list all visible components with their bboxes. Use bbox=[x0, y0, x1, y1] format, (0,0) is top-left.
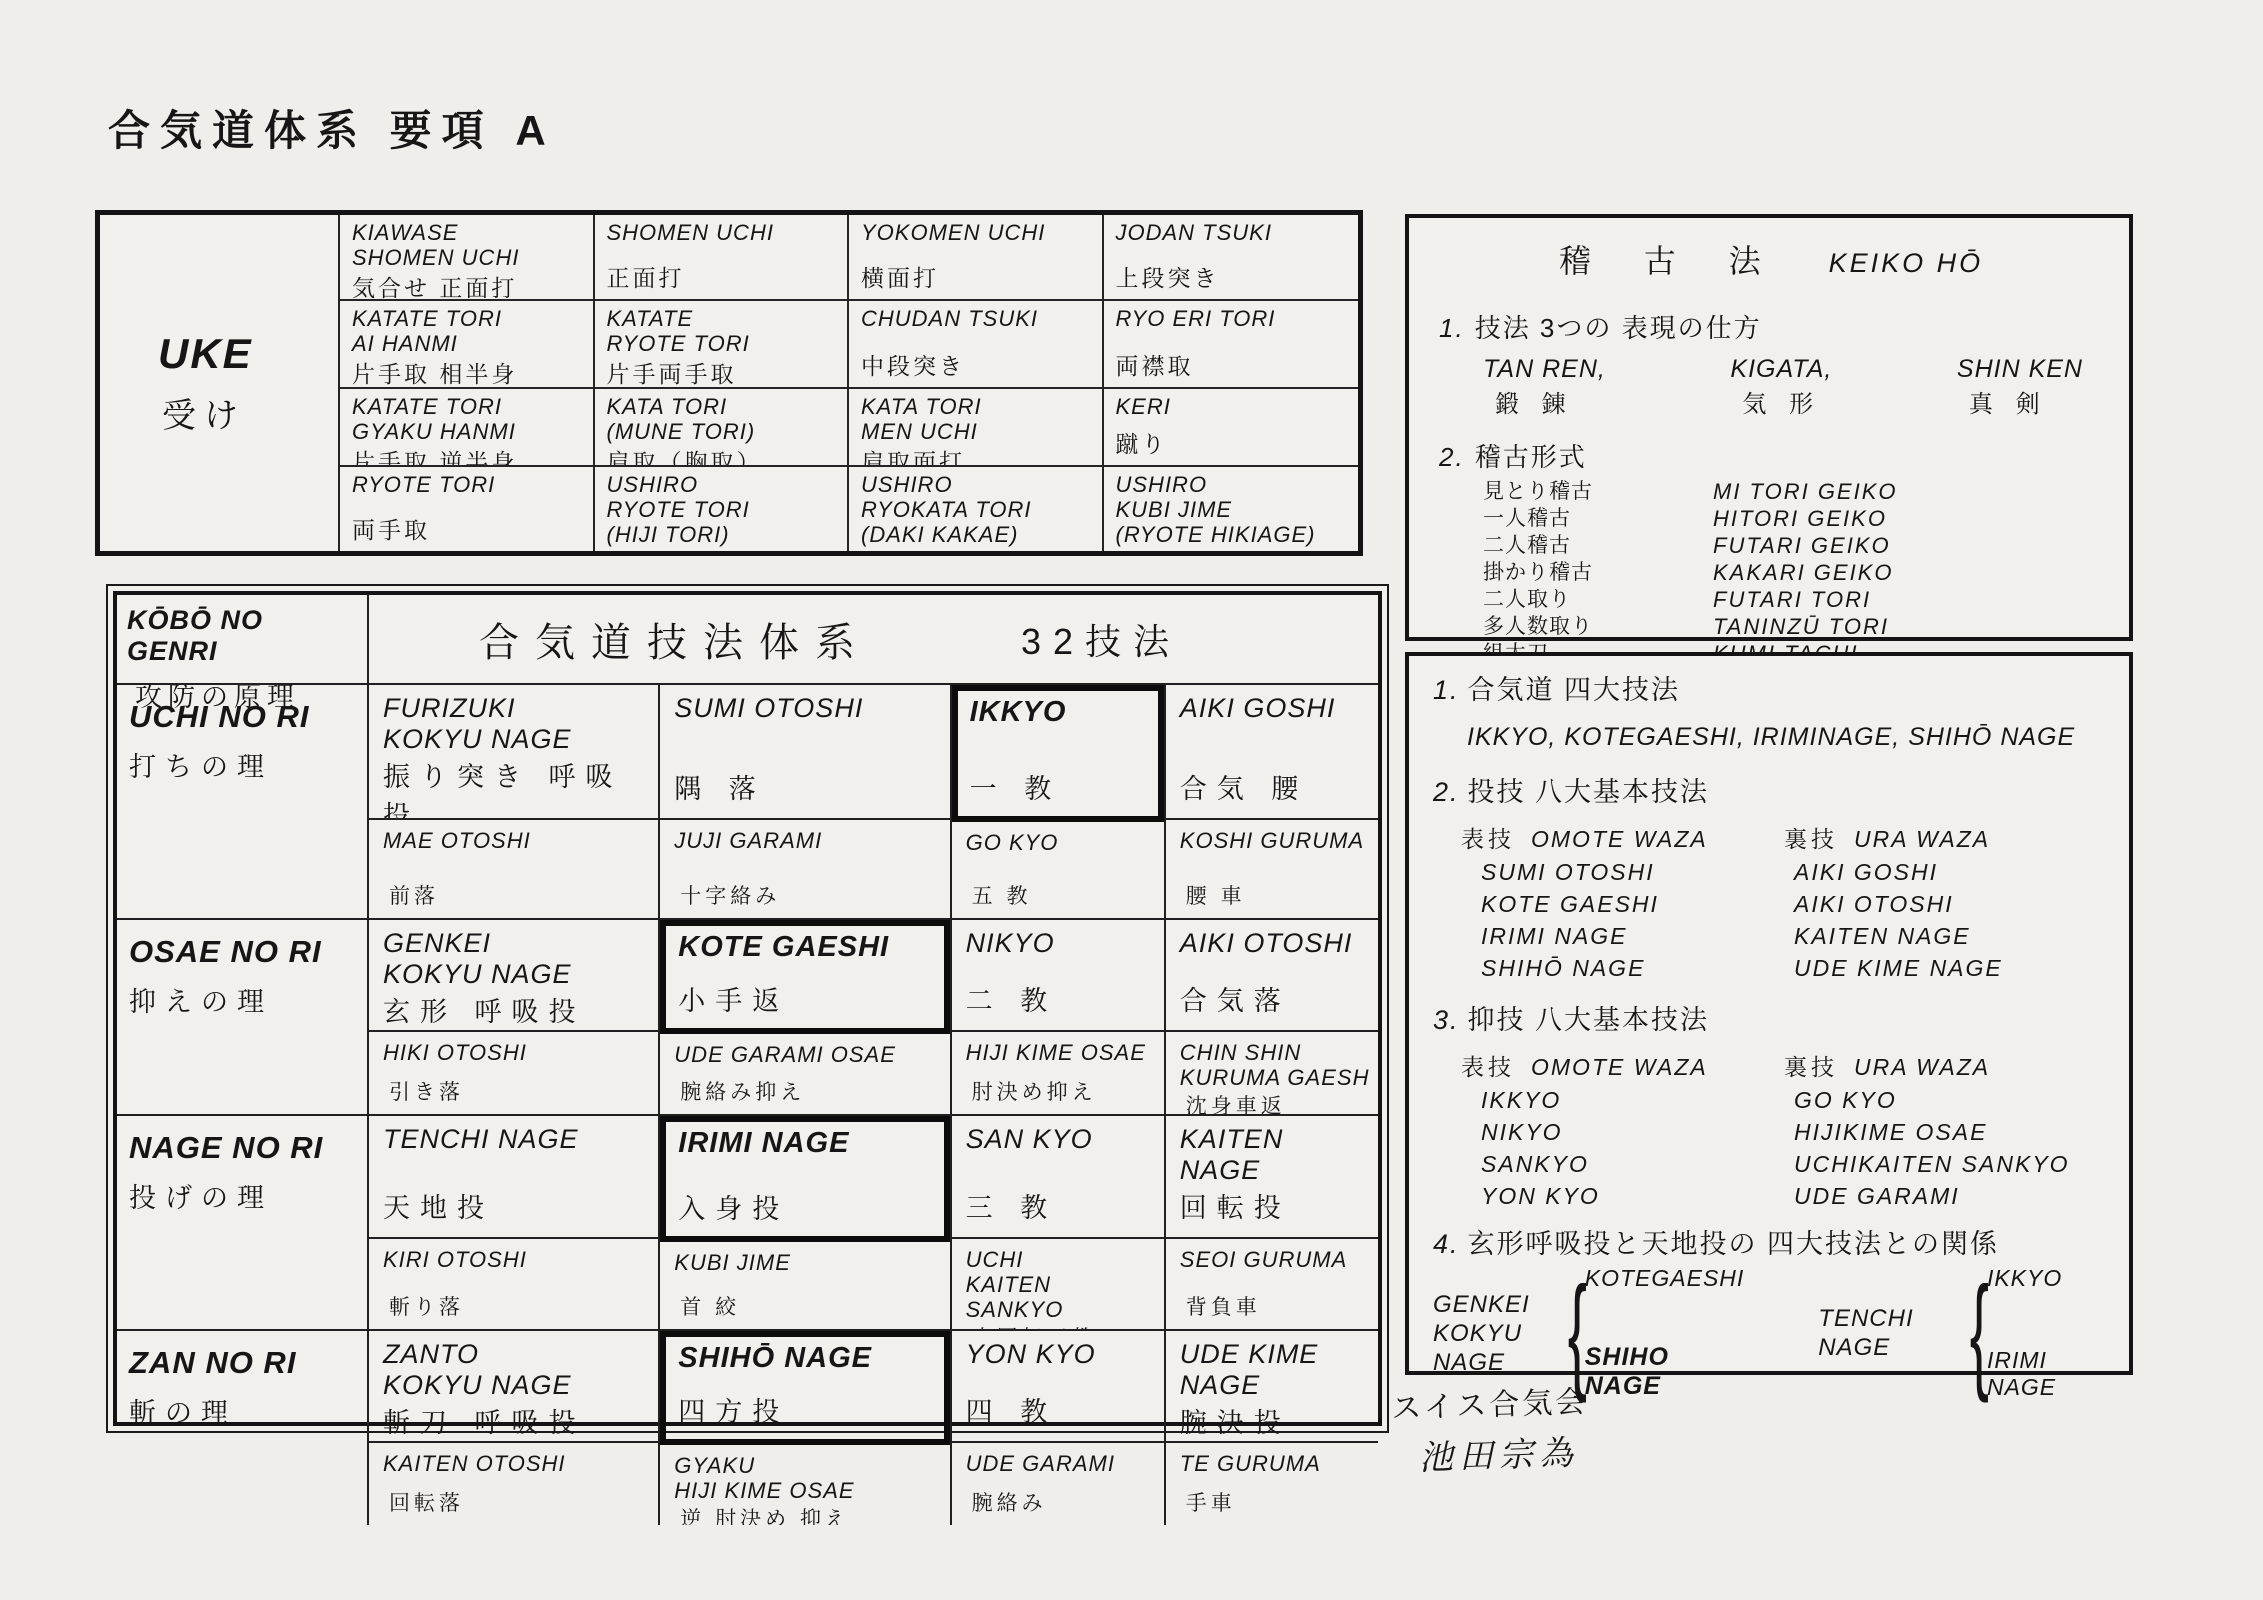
technique-jp: 沈身車返 bbox=[1180, 1090, 1370, 1114]
practice-jp: 見とり稽古 bbox=[1483, 478, 1713, 505]
waza-cell-r2c3: KAITEN NAGE回転投 SEOI GURUMA背負車 bbox=[1164, 1114, 1378, 1329]
waza-cell-r1c1: KOTE GAESHI小手返 UDE GARAMI OSAE腕絡み抑え bbox=[658, 918, 949, 1114]
principle-jp: 抑えの理 bbox=[129, 980, 363, 1019]
technique-jp: 十字絡み bbox=[674, 880, 941, 912]
omote-item: YON KYO bbox=[1481, 1180, 1794, 1212]
omote-item: SHIHŌ NAGE bbox=[1481, 952, 1794, 984]
omote-item: KOTE GAESHI bbox=[1481, 888, 1794, 920]
omote-item: IKKYO bbox=[1481, 1084, 1794, 1116]
waza-cell-r3c2: YON KYO四 教 UDE GARAMI腕絡み bbox=[950, 1329, 1164, 1525]
term-jp: 気 形 bbox=[1730, 384, 1832, 419]
technique-roman: SHIHŌ NAGE bbox=[678, 1343, 937, 1374]
uke-cell-r3c3: USHIRO KUBI JIME (RYOTE HIKIAGE)後首絞（両手引き… bbox=[1104, 467, 1359, 551]
signature-name: 池田宗為 bbox=[1418, 1425, 1591, 1480]
technique-cell: GENKEI KOKYU NAGE玄形 呼吸投 bbox=[369, 920, 658, 1032]
waza-header-count: 32技法 bbox=[1021, 614, 1181, 665]
ura-item: UDE KIME NAGE bbox=[1794, 952, 2107, 984]
group-label: TENCHI NAGE bbox=[1818, 1304, 1972, 1362]
group-items: KOTEGAESHI SHIHO NAGE bbox=[1585, 1263, 1745, 1403]
omote-jp: 表技 bbox=[1461, 826, 1515, 852]
attack-jp: 片手両手取 bbox=[607, 356, 838, 389]
technique-cell: SAN KYO三 教 bbox=[952, 1116, 1164, 1239]
item-number: 4. bbox=[1433, 1229, 1460, 1259]
technique-roman: UDE GARAMI bbox=[966, 1451, 1156, 1476]
practice-roman: MI TORI GEIKO bbox=[1713, 478, 2103, 505]
principle-uchi-no-ri: UCHI NO RI 打ちの理 bbox=[117, 683, 367, 918]
technique-roman: KOSHI GURUMA bbox=[1180, 828, 1370, 853]
attack-roman: KATA TORI (MUNE TORI) bbox=[607, 394, 838, 444]
attack-roman: KIAWASE SHOMEN UCHI bbox=[352, 220, 583, 270]
technique-roman: TE GURUMA bbox=[1180, 1451, 1370, 1476]
tenchinage-group: TENCHI NAGE { IKKYO IRIMI NAGE bbox=[1818, 1263, 2107, 1403]
technique-roman: TENCHI NAGE bbox=[383, 1124, 650, 1155]
attack-roman: RYO ERI TORI bbox=[1116, 306, 1349, 331]
attack-jp: 気合せ 正面打 bbox=[352, 270, 583, 301]
principle-jp: 斬の理 bbox=[129, 1391, 363, 1430]
uke-cell-r3c0: RYOTE TORI両手取 bbox=[340, 467, 595, 551]
technique-roman: GO KYO bbox=[966, 830, 1156, 855]
omote-waza-header: 表技OMOTE WAZA bbox=[1461, 1049, 1784, 1082]
technique-roman: UCHI KAITEN SANKYO bbox=[966, 1247, 1156, 1322]
technique-cell: AIKI OTOSHI合気落 bbox=[1166, 920, 1378, 1032]
technique-jp: 小手返 bbox=[678, 979, 937, 1022]
ura-item: GO KYO bbox=[1794, 1084, 2107, 1116]
technique-cell: GO KYO五 教 bbox=[952, 822, 1164, 918]
attack-roman: USHIRO RYOTE TORI (HIJI TORI) bbox=[607, 472, 838, 547]
technique-jp: 回転投 bbox=[1180, 1186, 1370, 1229]
omote-roman: OMOTE WAZA bbox=[1531, 826, 1708, 852]
waza-cell-r0c0: FURIZUKI KOKYU NAGE振り突き 呼吸投 MAE OTOSHI前落 bbox=[367, 683, 658, 918]
attack-roman: SHOMEN UCHI bbox=[607, 220, 838, 245]
item2-technique-pairs: SUMI OTOSHIAIKI GOSHI KOTE GAESHIAIKI OT… bbox=[1481, 856, 2107, 984]
technique-jp: 合気 腰 bbox=[1180, 767, 1370, 810]
waza-system-grid: KŌBŌ NO GENRI 攻防の原理 合気道技法体系 32技法 UCHI NO… bbox=[113, 591, 1382, 1426]
technique-jp: 内回転三教 bbox=[966, 1322, 1156, 1329]
uke-attacks-table: UKE 受け KIAWASE SHOMEN UCHI気合せ 正面打 SHOMEN… bbox=[95, 210, 1363, 556]
uke-cell-r1c0: KATATE TORI AI HANMI片手取 相半身 bbox=[340, 301, 595, 389]
technique-cell: KIRI OTOSHI斬り落 bbox=[369, 1239, 658, 1329]
technique-cell-emphasized: SHIHŌ NAGE四方投 bbox=[660, 1331, 949, 1445]
technique-jp: 手車 bbox=[1180, 1487, 1370, 1519]
practice-jp: 二人取り bbox=[1483, 586, 1713, 613]
omote-jp: 表技 bbox=[1461, 1054, 1515, 1080]
item-number: 1. bbox=[1433, 675, 1460, 705]
ura-item: AIKI OTOSHI bbox=[1794, 888, 2107, 920]
four-great-techniques: IKKYO, KOTEGAESHI, IRIMINAGE, SHIHŌ NAGE bbox=[1467, 723, 2107, 752]
waza-cell-r1c2: NIKYO二 教 HIJI KIME OSAE肘決め抑え bbox=[950, 918, 1164, 1114]
technique-cell: KAITEN NAGE回転投 bbox=[1166, 1116, 1378, 1239]
technique-cell: CHIN SHIN KURUMA GAESH沈身車返 bbox=[1166, 1032, 1378, 1114]
technique-cell-emphasized: KOTE GAESHI小手返 bbox=[660, 920, 949, 1034]
uke-cell-r1c1: KATATE RYOTE TORI片手両手取 bbox=[595, 301, 850, 389]
keiko-expression-terms: TAN REN, 鍛 錬 KIGATA, 気 形 SHIN KEN 真 剣 bbox=[1483, 355, 2083, 419]
technique-jp: 合気落 bbox=[1180, 979, 1370, 1022]
technique-cell: UDE GARAMI OSAE腕絡み抑え bbox=[660, 1034, 949, 1114]
attack-jp: 後首絞（両手引き上げ） bbox=[1116, 547, 1349, 551]
item-heading: 合気道 四大技法 bbox=[1468, 675, 1681, 705]
technique-cell: HIKI OTOSHI引き落 bbox=[369, 1032, 658, 1114]
principle-roman: UCHI NO RI bbox=[129, 699, 363, 735]
term-roman: KIGATA, bbox=[1730, 355, 1832, 384]
term-tanren: TAN REN, 鍛 錬 bbox=[1483, 355, 1606, 419]
principle-jp: 投げの理 bbox=[129, 1176, 363, 1215]
technique-roman: AIKI GOSHI bbox=[1180, 693, 1370, 724]
waza-cell-r2c0: TENCHI NAGE天地投 KIRI OTOSHI斬り落 bbox=[367, 1114, 658, 1329]
keiko-title-jp: 稽 古 法 bbox=[1559, 236, 1783, 282]
item-number: 2. bbox=[1433, 777, 1460, 807]
attack-jp: 蹴り bbox=[1116, 426, 1349, 461]
ura-item: AIKI GOSHI bbox=[1794, 856, 2107, 888]
waza-cell-r0c1: SUMI OTOSHI隅 落 JUJI GARAMI十字絡み bbox=[658, 683, 949, 918]
uke-cell-r2c0: KATATE TORI GYAKU HANMI片手取 逆半身 bbox=[340, 389, 595, 467]
technique-roman: KUBI JIME bbox=[674, 1250, 941, 1275]
uke-cell-r2c1: KATA TORI (MUNE TORI)肩取（胸取） bbox=[595, 389, 850, 467]
technique-roman: FURIZUKI KOKYU NAGE bbox=[383, 693, 650, 755]
omote-roman: OMOTE WAZA bbox=[1531, 1054, 1708, 1080]
practice-jp: 多人数取り bbox=[1483, 613, 1713, 640]
attack-jp: 両手取 bbox=[352, 512, 583, 547]
uke-cell-r1c2: CHUDAN TSUKI中段突き bbox=[849, 301, 1104, 389]
omote-item: NIKYO bbox=[1481, 1116, 1794, 1148]
item-number: 2. bbox=[1439, 442, 1465, 472]
technique-jp: 前落 bbox=[383, 880, 650, 912]
group-item-bottom: SHIHO NAGE bbox=[1585, 1343, 1745, 1401]
technique-cell-emphasized: IKKYO一 教 bbox=[952, 685, 1164, 822]
technique-roman: YON KYO bbox=[966, 1339, 1156, 1370]
technique-roman: HIKI OTOSHI bbox=[383, 1040, 650, 1065]
principle-nage-no-ri: NAGE NO RI 投げの理 bbox=[117, 1114, 367, 1329]
technique-cell-emphasized: IRIMI NAGE入身投 bbox=[660, 1116, 949, 1242]
term-shinken: SHIN KEN 真 剣 bbox=[1957, 355, 2083, 419]
group-item-top: IKKYO bbox=[1987, 1265, 2107, 1292]
technique-roman: SEOI GURUMA bbox=[1180, 1247, 1370, 1272]
attack-roman: YOKOMEN UCHI bbox=[861, 220, 1092, 245]
omote-item: SANKYO bbox=[1481, 1148, 1794, 1180]
technique-cell: GYAKU HIJI KIME OSAE逆 肘決め 抑え bbox=[660, 1445, 949, 1525]
waza-cell-r3c1: SHIHŌ NAGE四方投 GYAKU HIJI KIME OSAE逆 肘決め … bbox=[658, 1329, 949, 1525]
attack-jp: 片手取 逆半身 bbox=[352, 444, 583, 467]
uke-label-jp: 受け bbox=[158, 388, 338, 437]
technique-jp: 四方投 bbox=[678, 1390, 937, 1433]
attack-jp: 横面打 bbox=[861, 260, 1092, 295]
term-roman: SHIN KEN bbox=[1957, 355, 2083, 384]
technique-roman: MAE OTOSHI bbox=[383, 828, 650, 853]
ura-jp: 裏技 bbox=[1784, 1054, 1838, 1080]
technique-roman: KAITEN NAGE bbox=[1180, 1124, 1370, 1186]
technique-cell: SEOI GURUMA背負車 bbox=[1166, 1239, 1378, 1329]
signature-org: スイス合気会 bbox=[1390, 1377, 1589, 1428]
kobo-no-genri-corner: KŌBŌ NO GENRI 攻防の原理 bbox=[117, 595, 367, 683]
attack-roman: JODAN TSUKI bbox=[1116, 220, 1349, 245]
technique-cell: KOSHI GURUMA腰 車 bbox=[1166, 820, 1378, 918]
item2-heading: 2.投技 八大基本技法 bbox=[1433, 770, 2107, 809]
technique-roman: NIKYO bbox=[966, 928, 1156, 959]
attack-roman: KATA TORI MEN UCHI bbox=[861, 394, 1092, 444]
ura-roman: URA WAZA bbox=[1854, 1054, 1990, 1080]
technique-cell: TE GURUMA手車 bbox=[1166, 1443, 1378, 1525]
attack-jp: 中段突き bbox=[861, 348, 1092, 383]
technique-jp: 逆 肘決め 抑え bbox=[674, 1503, 941, 1525]
practice-roman: TANINZŪ TORI bbox=[1713, 613, 2103, 640]
item-number: 1. bbox=[1439, 313, 1465, 343]
keiko-title-roman: KEIKO HŌ bbox=[1829, 248, 1984, 279]
page-title: 合気道体系 要項 A bbox=[108, 98, 556, 158]
uke-label-roman: UKE bbox=[158, 330, 338, 378]
group-items: IKKYO IRIMI NAGE bbox=[1987, 1263, 2107, 1403]
uke-cell-r2c2: KATA TORI MEN UCHI肩取面打 bbox=[849, 389, 1104, 467]
attack-jp: 上段突き bbox=[1116, 260, 1349, 295]
item-heading: 抑技 八大基本技法 bbox=[1468, 1005, 1710, 1035]
technique-cell: KAITEN OTOSHI回転落 bbox=[369, 1443, 658, 1525]
technique-roman: GENKEI KOKYU NAGE bbox=[383, 928, 650, 990]
item3-column-headers: 表技OMOTE WAZA 裏技URA WAZA bbox=[1461, 1049, 2107, 1082]
waza-system-table: KŌBŌ NO GENRI 攻防の原理 合気道技法体系 32技法 UCHI NO… bbox=[106, 584, 1389, 1433]
principle-zan-no-ri: ZAN NO RI 斬の理 bbox=[117, 1329, 367, 1525]
waza-header-title: 合気道技法体系 bbox=[479, 611, 871, 668]
uke-attack-grid: KIAWASE SHOMEN UCHI気合せ 正面打 SHOMEN UCHI正面… bbox=[340, 215, 1358, 551]
item-heading: 稽古形式 bbox=[1475, 442, 1587, 472]
item-heading: 技法 3つの 表現の仕方 bbox=[1475, 313, 1762, 343]
ura-item: KAITEN NAGE bbox=[1794, 920, 2107, 952]
technique-jp: 三 教 bbox=[966, 1186, 1156, 1229]
technique-jp: 二 教 bbox=[966, 979, 1156, 1022]
waza-table-header: 合気道技法体系 32技法 bbox=[367, 595, 1378, 683]
technique-jp: 斬刀 呼吸投 bbox=[383, 1401, 650, 1443]
technique-roman: HIJI KIME OSAE bbox=[966, 1040, 1156, 1065]
attack-roman: USHIRO KUBI JIME (RYOTE HIKIAGE) bbox=[1116, 472, 1349, 547]
ura-item: HIJIKIME OSAE bbox=[1794, 1116, 2107, 1148]
technique-roman: KIRI OTOSHI bbox=[383, 1247, 650, 1272]
attack-jp: 肩取（胸取） bbox=[607, 444, 838, 467]
item1-heading: 1.合気道 四大技法 bbox=[1433, 668, 2107, 707]
item4-heading: 4.玄形呼吸投と天地投の 四大技法との関係 bbox=[1433, 1222, 2107, 1261]
uke-row-label: UKE 受け bbox=[100, 215, 340, 551]
technique-roman: UDE KIME NAGE bbox=[1180, 1339, 1370, 1401]
technique-cell: YON KYO四 教 bbox=[952, 1331, 1164, 1443]
technique-jp: 斬り落 bbox=[383, 1291, 650, 1323]
item2-column-headers: 表技OMOTE WAZA 裏技URA WAZA bbox=[1461, 821, 2107, 854]
attack-roman: CHUDAN TSUKI bbox=[861, 306, 1092, 331]
corner-roman: KŌBŌ NO GENRI bbox=[127, 605, 361, 667]
technique-jp: 背負車 bbox=[1180, 1291, 1370, 1323]
technique-jp: 隅 落 bbox=[674, 767, 941, 810]
technique-roman: IRIMI NAGE bbox=[678, 1128, 937, 1159]
technique-jp: 腰 車 bbox=[1180, 880, 1370, 912]
term-roman: TAN REN, bbox=[1483, 355, 1606, 384]
waza-cell-r0c3: AIKI GOSHI合気 腰 KOSHI GURUMA腰 車 bbox=[1164, 683, 1378, 918]
uke-cell-r3c2: USHIRO RYOKATA TORI (DAKI KAKAE)後両肩取（抱きか… bbox=[849, 467, 1104, 551]
item-heading: 投技 八大基本技法 bbox=[1468, 777, 1710, 807]
attack-roman: RYOTE TORI bbox=[352, 472, 583, 497]
technique-roman: KOTE GAESHI bbox=[678, 932, 937, 963]
practice-roman: HITORI GEIKO bbox=[1713, 505, 2103, 532]
item3-technique-pairs: IKKYOGO KYO NIKYOHIJIKIME OSAE SANKYOUCH… bbox=[1481, 1084, 2107, 1212]
attack-roman: KERI bbox=[1116, 394, 1349, 419]
keiko-item2-heading: 2.稽古形式 bbox=[1439, 437, 2103, 474]
technique-jp: 振り突き 呼吸投 bbox=[383, 755, 650, 820]
technique-cell: UDE GARAMI腕絡み bbox=[952, 1443, 1164, 1525]
technique-cell: TENCHI NAGE天地投 bbox=[369, 1116, 658, 1239]
technique-jp: 入身投 bbox=[678, 1187, 937, 1230]
technique-roman: SUMI OTOSHI bbox=[674, 693, 941, 724]
scanned-document-page: 合気道体系 要項 A UKE 受け KIAWASE SHOMEN UCHI気合せ… bbox=[0, 0, 2263, 1600]
technique-jp: 首 絞 bbox=[674, 1291, 941, 1323]
keiko-item1-heading: 1.技法 3つの 表現の仕方 bbox=[1439, 308, 2103, 345]
practice-jp: 掛かり稽古 bbox=[1483, 559, 1713, 586]
attack-jp: 両襟取 bbox=[1116, 348, 1349, 383]
practice-roman: KAKARI GEIKO bbox=[1713, 559, 2103, 586]
technique-cell: UCHI KAITEN SANKYO内回転三教 bbox=[952, 1239, 1164, 1329]
omote-item: SUMI OTOSHI bbox=[1481, 856, 1794, 888]
technique-cell: ZANTO KOKYU NAGE斬刀 呼吸投 bbox=[369, 1331, 658, 1443]
technique-cell: NIKYO二 教 bbox=[952, 920, 1164, 1032]
uke-cell-r0c0: KIAWASE SHOMEN UCHI気合せ 正面打 bbox=[340, 215, 595, 301]
technique-jp: 玄形 呼吸投 bbox=[383, 990, 650, 1032]
technique-cell: FURIZUKI KOKYU NAGE振り突き 呼吸投 bbox=[369, 685, 658, 820]
technique-jp: 五 教 bbox=[966, 880, 1156, 912]
waza-cell-r3c0: ZANTO KOKYU NAGE斬刀 呼吸投 KAITEN OTOSHI回転落 bbox=[367, 1329, 658, 1525]
practice-jp: 一人稽古 bbox=[1483, 505, 1713, 532]
ura-item: UDE GARAMI bbox=[1794, 1180, 2107, 1212]
uke-cell-r0c1: SHOMEN UCHI正面打 bbox=[595, 215, 850, 301]
ura-waza-header: 裏技URA WAZA bbox=[1784, 1049, 2107, 1082]
group-label: GENKEI KOKYU NAGE bbox=[1433, 1290, 1570, 1377]
keiko-title: 稽 古 法 KEIKO HŌ bbox=[1439, 236, 2103, 282]
technique-cell: AIKI GOSHI合気 腰 bbox=[1166, 685, 1378, 820]
technique-roman: JUJI GARAMI bbox=[674, 828, 941, 853]
uke-cell-r1c3: RYO ERI TORI両襟取 bbox=[1104, 301, 1359, 389]
technique-roman: AIKI OTOSHI bbox=[1180, 928, 1370, 959]
waza-cell-r2c1: IRIMI NAGE入身投 KUBI JIME首 絞 bbox=[658, 1114, 949, 1329]
principle-roman: OSAE NO RI bbox=[129, 934, 363, 970]
term-kigata: KIGATA, 気 形 bbox=[1730, 355, 1832, 419]
signature-block: スイス合気会 池田宗為 bbox=[1390, 1377, 1590, 1481]
curly-brace-icon: { bbox=[1568, 1272, 1587, 1394]
group-item-bottom: IRIMI NAGE bbox=[1987, 1347, 2107, 1401]
attack-roman: KATATE TORI GYAKU HANMI bbox=[352, 394, 583, 444]
attack-jp: 肩取面打 bbox=[861, 444, 1092, 467]
term-jp: 鍛 錬 bbox=[1483, 384, 1606, 419]
term-jp: 真 剣 bbox=[1957, 384, 2083, 419]
waza-cell-r1c0: GENKEI KOKYU NAGE玄形 呼吸投 HIKI OTOSHI引き落 bbox=[367, 918, 658, 1114]
principle-roman: NAGE NO RI bbox=[129, 1130, 363, 1166]
technique-cell: JUJI GARAMI十字絡み bbox=[660, 820, 949, 918]
waza-cell-r3c3: UDE KIME NAGE腕決投 TE GURUMA手車 bbox=[1164, 1329, 1378, 1525]
technique-cell: SUMI OTOSHI隅 落 bbox=[660, 685, 949, 820]
technique-roman: SAN KYO bbox=[966, 1124, 1156, 1155]
technique-cell: UDE KIME NAGE腕決投 bbox=[1166, 1331, 1378, 1443]
technique-jp: 一 教 bbox=[970, 767, 1152, 810]
technique-roman: UDE GARAMI OSAE bbox=[674, 1042, 941, 1067]
uke-cell-r2c3: KERI蹴り bbox=[1104, 389, 1359, 467]
item-number: 3. bbox=[1433, 1005, 1460, 1035]
item-heading: 玄形呼吸投と天地投の 四大技法との関係 bbox=[1468, 1229, 2000, 1259]
attack-roman: USHIRO RYOKATA TORI (DAKI KAKAE) bbox=[861, 472, 1092, 547]
waza-cell-r0c2: IKKYO一 教 GO KYO五 教 bbox=[950, 683, 1164, 918]
group-item-top: KOTEGAESHI bbox=[1585, 1265, 1745, 1292]
technique-jp: 肘決め抑え bbox=[966, 1076, 1156, 1108]
technique-roman: IKKYO bbox=[970, 697, 1152, 728]
waza-cell-r2c2: SAN KYO三 教 UCHI KAITEN SANKYO内回転三教 bbox=[950, 1114, 1164, 1329]
attack-roman: KATATE TORI AI HANMI bbox=[352, 306, 583, 356]
item3-heading: 3.抑技 八大基本技法 bbox=[1433, 998, 2107, 1037]
technique-jp: 四 教 bbox=[966, 1390, 1156, 1433]
attack-roman: KATATE RYOTE TORI bbox=[607, 306, 838, 356]
technique-cell: MAE OTOSHI前落 bbox=[369, 820, 658, 918]
technique-jp: 回転落 bbox=[383, 1487, 650, 1519]
attack-jp: 片手取 相半身 bbox=[352, 356, 583, 389]
technique-roman: ZANTO KOKYU NAGE bbox=[383, 1339, 650, 1401]
waza-cell-r1c3: AIKI OTOSHI合気落 CHIN SHIN KURUMA GAESH沈身車… bbox=[1164, 918, 1378, 1114]
ura-jp: 裏技 bbox=[1784, 826, 1838, 852]
curly-brace-icon: { bbox=[1970, 1272, 1989, 1394]
technique-roman: KAITEN OTOSHI bbox=[383, 1451, 650, 1476]
technique-jp: 天地投 bbox=[383, 1186, 650, 1229]
technique-jp: 腕絡み抑え bbox=[674, 1076, 941, 1108]
omote-waza-header: 表技OMOTE WAZA bbox=[1461, 821, 1784, 854]
uke-cell-r0c2: YOKOMEN UCHI横面打 bbox=[849, 215, 1104, 301]
attack-jp: 後両手取（肘取） bbox=[607, 547, 838, 551]
uke-cell-r3c1: USHIRO RYOTE TORI (HIJI TORI)後両手取（肘取） bbox=[595, 467, 850, 551]
fundamentals-box: 1.合気道 四大技法 IKKYO, KOTEGAESHI, IRIMINAGE,… bbox=[1405, 652, 2133, 1375]
technique-jp: 引き落 bbox=[383, 1076, 650, 1108]
uke-cell-r0c3: JODAN TSUKI上段突き bbox=[1104, 215, 1359, 301]
practice-jp: 二人稽古 bbox=[1483, 532, 1713, 559]
ura-item: UCHIKAITEN SANKYO bbox=[1794, 1148, 2107, 1180]
ura-waza-header: 裏技URA WAZA bbox=[1784, 821, 2107, 854]
keiko-ho-box: 稽 古 法 KEIKO HŌ 1.技法 3つの 表現の仕方 TAN REN, 鍛… bbox=[1405, 214, 2133, 641]
practice-roman: FUTARI TORI bbox=[1713, 586, 2103, 613]
principle-jp: 打ちの理 bbox=[129, 745, 363, 784]
technique-jp: 腕絡み bbox=[966, 1487, 1156, 1519]
technique-jp: 腕決投 bbox=[1180, 1401, 1370, 1443]
principle-osae-no-ri: OSAE NO RI 抑えの理 bbox=[117, 918, 367, 1114]
attack-jp: 正面打 bbox=[607, 260, 838, 295]
practice-roman: FUTARI GEIKO bbox=[1713, 532, 2103, 559]
technique-cell: KUBI JIME首 絞 bbox=[660, 1242, 949, 1330]
omote-item: IRIMI NAGE bbox=[1481, 920, 1794, 952]
ura-roman: URA WAZA bbox=[1854, 826, 1990, 852]
technique-cell: HIJI KIME OSAE肘決め抑え bbox=[952, 1032, 1164, 1114]
principle-roman: ZAN NO RI bbox=[129, 1345, 363, 1381]
technique-roman: CHIN SHIN KURUMA GAESH bbox=[1180, 1040, 1370, 1090]
attack-jp: 後両肩取（抱きかかえ） bbox=[861, 547, 1092, 551]
technique-roman: GYAKU HIJI KIME OSAE bbox=[674, 1453, 941, 1503]
